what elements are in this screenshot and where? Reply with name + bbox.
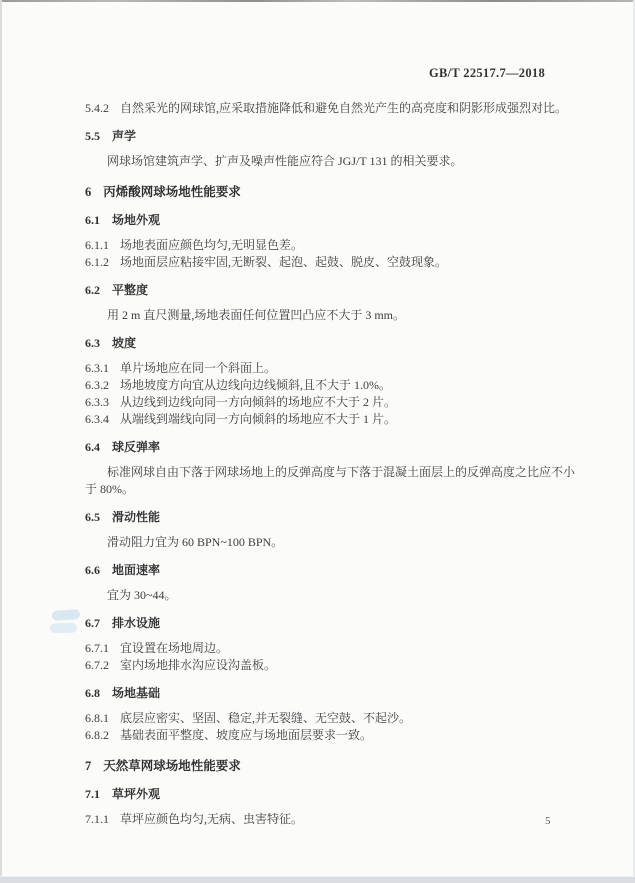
clause-text: 草坪应颜色均匀,无病、虫害特征。 (120, 812, 303, 826)
clause-6-7-2: 6.7.2室内场地排水沟应设沟盖板。 (85, 657, 585, 674)
heading-title: 丙烯酸网球场地性能要求 (103, 185, 241, 199)
clause-text: 底层应密实、坚固、稳定,并无裂缝、无空鼓、不起沙。 (120, 711, 411, 725)
clause-number: 6.1.2 (85, 255, 109, 269)
heading-title: 声学 (112, 129, 136, 143)
scanned-standard-page: { "header": { "standard_number": "GB/T 2… (0, 0, 635, 883)
clause-number: 6.7.1 (85, 641, 109, 655)
paragraph-5-5: 网球场馆建筑声学、扩声及噪声性能应符合 JGJ/T 131 的相关要求。 (85, 153, 585, 170)
clause-number: 7.1.1 (85, 812, 109, 826)
paragraph-6-4: 标准网球自由下落于网球场地上的反弹高度与下落于混凝土面层上的反弹高度之比应不小于… (85, 464, 585, 498)
heading-number: 6.4 (85, 440, 100, 454)
heading-title: 球反弹率 (112, 440, 160, 454)
clause-number: 6.3.1 (85, 361, 109, 375)
clause-6-3-4: 6.3.4从端线到端线向同一方向倾斜的场地应不大于 1 片。 (85, 411, 585, 428)
paragraph-6-2: 用 2 m 直尺测量,场地表面任何位置凹凸应不大于 3 mm。 (85, 307, 585, 324)
heading-7: 7天然草网球场地性能要求 (85, 758, 585, 775)
clause-text: 从边线到边线向同一方向倾斜的场地应不大于 2 片。 (120, 395, 396, 409)
clause-text: 基础表面平整度、坡度应与场地面层要求一致。 (120, 728, 372, 742)
clause-number: 6.7.2 (85, 658, 109, 672)
scan-edge-left (0, 0, 2, 883)
clause-text: 单片场地应在同一个斜面上。 (120, 361, 276, 375)
scan-edge-top (0, 0, 635, 2)
clause-text: 从端线到端线向同一方向倾斜的场地应不大于 1 片。 (120, 412, 396, 426)
highlight-smudge-stroke (50, 623, 77, 634)
heading-6-8: 6.8场地基础 (85, 685, 585, 702)
heading-title: 天然草网球场地性能要求 (103, 759, 241, 773)
heading-6-5: 6.5滑动性能 (85, 509, 585, 526)
heading-title: 排水设施 (112, 616, 160, 630)
paragraph-6-6: 宜为 30~44。 (85, 587, 585, 604)
heading-title: 场地外观 (112, 213, 160, 227)
heading-6-4: 6.4球反弹率 (85, 439, 585, 456)
heading-number: 6 (85, 185, 91, 199)
heading-number: 6.3 (85, 336, 100, 350)
footer-page-number: 5 (545, 815, 551, 827)
clause-number: 6.8.2 (85, 728, 109, 742)
heading-title: 坡度 (112, 336, 136, 350)
heading-title: 地面速率 (112, 563, 160, 577)
heading-7-1: 7.1草坪外观 (85, 786, 585, 803)
highlight-smudge-stroke (52, 609, 81, 621)
clause-text: 场地面层应粘接牢固,无断裂、起泡、起鼓、脱皮、空鼓现象。 (120, 255, 447, 269)
heading-number: 6.2 (85, 283, 100, 297)
heading-6-3: 6.3坡度 (85, 335, 585, 352)
clause-text: 场地坡度方向宜从边线向边线倾斜,且不大于 1.0%。 (120, 378, 391, 392)
clause-text: 宜设置在场地周边。 (120, 641, 228, 655)
document-body: 5.4.2自然采光的网球馆,应采取措施降低和避免自然光产生的高亮度和阴影形成强烈… (85, 100, 585, 828)
heading-6: 6丙烯酸网球场地性能要求 (85, 184, 585, 201)
heading-number: 6.6 (85, 563, 100, 577)
heading-number: 6.1 (85, 213, 100, 227)
heading-6-7: 6.7排水设施 (85, 615, 585, 632)
heading-title: 草坪外观 (112, 787, 160, 801)
clause-6-8-2: 6.8.2基础表面平整度、坡度应与场地面层要求一致。 (85, 727, 585, 744)
heading-title: 平整度 (112, 283, 148, 297)
clause-text: 场地表面应颜色均匀,无明显色差。 (120, 238, 303, 252)
clause-number: 6.3.4 (85, 412, 109, 426)
clause-number: 5.4.2 (85, 101, 109, 115)
clause-text: 室内场地排水沟应设沟盖板。 (120, 658, 276, 672)
heading-6-2: 6.2平整度 (85, 282, 585, 299)
heading-number: 6.7 (85, 616, 100, 630)
scan-edge-bottom (0, 876, 635, 883)
clause-6-7-1: 6.7.1宜设置在场地周边。 (85, 640, 585, 657)
clause-number: 6.3.2 (85, 378, 109, 392)
heading-number: 6.5 (85, 510, 100, 524)
paragraph-6-5: 滑动阻力宜为 60 BPN~100 BPN。 (85, 534, 585, 551)
heading-title: 场地基础 (112, 686, 160, 700)
heading-number: 7 (85, 759, 91, 773)
clause-number: 6.8.1 (85, 711, 109, 725)
clause-6-1-2: 6.1.2场地面层应粘接牢固,无断裂、起泡、起鼓、脱皮、空鼓现象。 (85, 254, 585, 271)
clause-6-3-1: 6.3.1单片场地应在同一个斜面上。 (85, 360, 585, 377)
highlight-smudge (50, 608, 84, 644)
clause-6-8-1: 6.8.1底层应密实、坚固、稳定,并无裂缝、无空鼓、不起沙。 (85, 710, 585, 727)
heading-6-1: 6.1场地外观 (85, 212, 585, 229)
heading-5-5: 5.5声学 (85, 128, 585, 145)
clause-text: 自然采光的网球馆,应采取措施降低和避免自然光产生的高亮度和阴影形成强烈对比。 (120, 101, 567, 115)
heading-number: 5.5 (85, 129, 100, 143)
clause-5-4-2: 5.4.2自然采光的网球馆,应采取措施降低和避免自然光产生的高亮度和阴影形成强烈… (85, 100, 585, 117)
heading-number: 7.1 (85, 787, 100, 801)
clause-7-1-1: 7.1.1草坪应颜色均匀,无病、虫害特征。 (85, 811, 585, 828)
clause-6-3-2: 6.3.2场地坡度方向宜从边线向边线倾斜,且不大于 1.0%。 (85, 377, 585, 394)
heading-6-6: 6.6地面速率 (85, 562, 585, 579)
clause-number: 6.1.1 (85, 238, 109, 252)
clause-6-3-3: 6.3.3从边线到边线向同一方向倾斜的场地应不大于 2 片。 (85, 394, 585, 411)
heading-title: 滑动性能 (112, 510, 160, 524)
clause-number: 6.3.3 (85, 395, 109, 409)
standard-number-header: GB/T 22517.7—2018 (429, 66, 545, 81)
heading-number: 6.8 (85, 686, 100, 700)
clause-6-1-1: 6.1.1场地表面应颜色均匀,无明显色差。 (85, 237, 585, 254)
